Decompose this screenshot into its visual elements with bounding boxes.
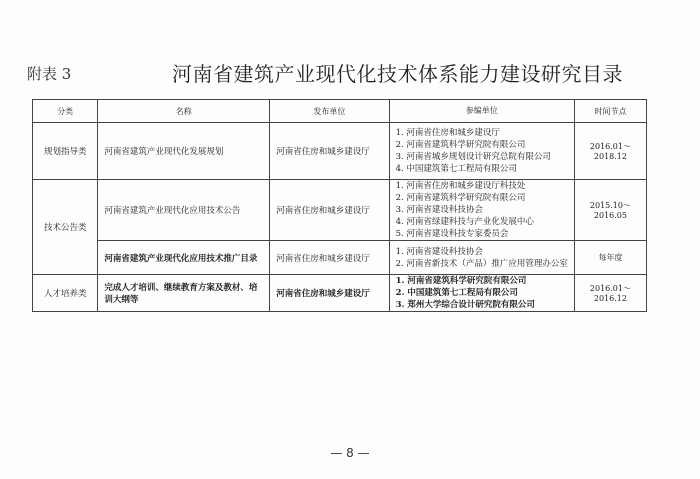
participants-cell: 1. 河南省建筑科学研究院有限公司 2. 中国建筑第七工程局有限公司 3. 郑州… <box>389 275 574 312</box>
category-cell: 规划指导类 <box>33 123 98 180</box>
publisher-cell: 河南省住房和城乡建设厅 <box>270 180 389 241</box>
name-cell: 河南省建筑产业现代化应用技术公告 <box>98 180 270 241</box>
name-cell: 完成人才培训、继续教育方案及教材、培训大纲等 <box>98 275 270 312</box>
category-cell: 人才培养类 <box>33 275 98 312</box>
participant-item: 5. 河南省建设科技专家委员会 <box>396 228 568 240</box>
participant-item: 3. 郑州大学综合设计研究院有限公司 <box>396 299 568 311</box>
name-cell: 河南省建筑产业现代化应用技术推广目录 <box>98 241 270 275</box>
participant-item: 2. 河南省建筑科学研究院有限公司 <box>396 192 568 204</box>
annex-label: 附表 3 <box>27 63 71 84</box>
table-row: 人才培养类 完成人才培训、继续教育方案及教材、培训大纲等 河南省住房和城乡建设厅… <box>33 275 647 312</box>
timeline-cell: 2015.10～2016.05 <box>574 180 646 241</box>
timeline-cell: 2016.01～2016.12 <box>574 275 646 312</box>
participant-item: 4. 河南省绿建科技与产业化发展中心 <box>396 216 568 228</box>
participant-item: 1. 河南省建设科技协会 <box>396 246 568 258</box>
header-publisher: 发布单位 <box>270 100 389 123</box>
table-header-row: 分类 名称 发布单位 参编单位 时间节点 <box>33 100 647 123</box>
participants-cell: 1. 河南省建设科技协会 2. 河南省新技术（产品）推广应用管理办公室 <box>389 241 574 275</box>
participant-item: 4. 中国建筑第七工程局有限公司 <box>396 163 568 175</box>
timeline-cell: 每年度 <box>574 241 646 275</box>
timeline-cell: 2016.01～2018.12 <box>574 123 646 180</box>
participants-cell: 1. 河南省住房和城乡建设厅 2. 河南省建筑科学研究院有限公司 3. 河南省城… <box>389 123 574 180</box>
participant-item: 1. 河南省建筑科学研究院有限公司 <box>396 275 568 287</box>
document-title: 河南省建筑产业现代化技术体系能力建设研究目录 <box>172 58 623 87</box>
participant-item: 1. 河南省住房和城乡建设厅科技处 <box>396 180 568 192</box>
page-number: — 8 — <box>0 446 700 460</box>
publisher-cell: 河南省住房和城乡建设厅 <box>270 275 389 312</box>
header-participants: 参编单位 <box>389 100 574 123</box>
table-row: 技术公告类 河南省建筑产业现代化应用技术公告 河南省住房和城乡建设厅 1. 河南… <box>33 180 647 241</box>
publisher-cell: 河南省住房和城乡建设厅 <box>270 241 389 275</box>
header-name: 名称 <box>98 100 270 123</box>
participant-item: 2. 河南省新技术（产品）推广应用管理办公室 <box>396 258 568 270</box>
name-cell: 河南省建筑产业现代化发展规划 <box>98 123 270 180</box>
table-row: 规划指导类 河南省建筑产业现代化发展规划 河南省住房和城乡建设厅 1. 河南省住… <box>33 123 647 180</box>
catalog-table: 分类 名称 发布单位 参编单位 时间节点 规划指导类 河南省建筑产业现代化发展规… <box>32 99 647 312</box>
participants-cell: 1. 河南省住房和城乡建设厅科技处 2. 河南省建筑科学研究院有限公司 3. 河… <box>389 180 574 241</box>
publisher-cell: 河南省住房和城乡建设厅 <box>270 123 389 180</box>
table-row: 河南省建筑产业现代化应用技术推广目录 河南省住房和城乡建设厅 1. 河南省建设科… <box>33 241 647 275</box>
participant-item: 2. 河南省建筑科学研究院有限公司 <box>396 139 568 151</box>
participant-item: 2. 中国建筑第七工程局有限公司 <box>396 287 568 299</box>
header-timeline: 时间节点 <box>574 100 646 123</box>
participant-item: 1. 河南省住房和城乡建设厅 <box>396 127 568 139</box>
participant-item: 3. 河南省城乡规划设计研究总院有限公司 <box>396 151 568 163</box>
participant-item: 3. 河南省建设科技协会 <box>396 204 568 216</box>
header-category: 分类 <box>33 100 98 123</box>
category-cell: 技术公告类 <box>33 180 98 275</box>
